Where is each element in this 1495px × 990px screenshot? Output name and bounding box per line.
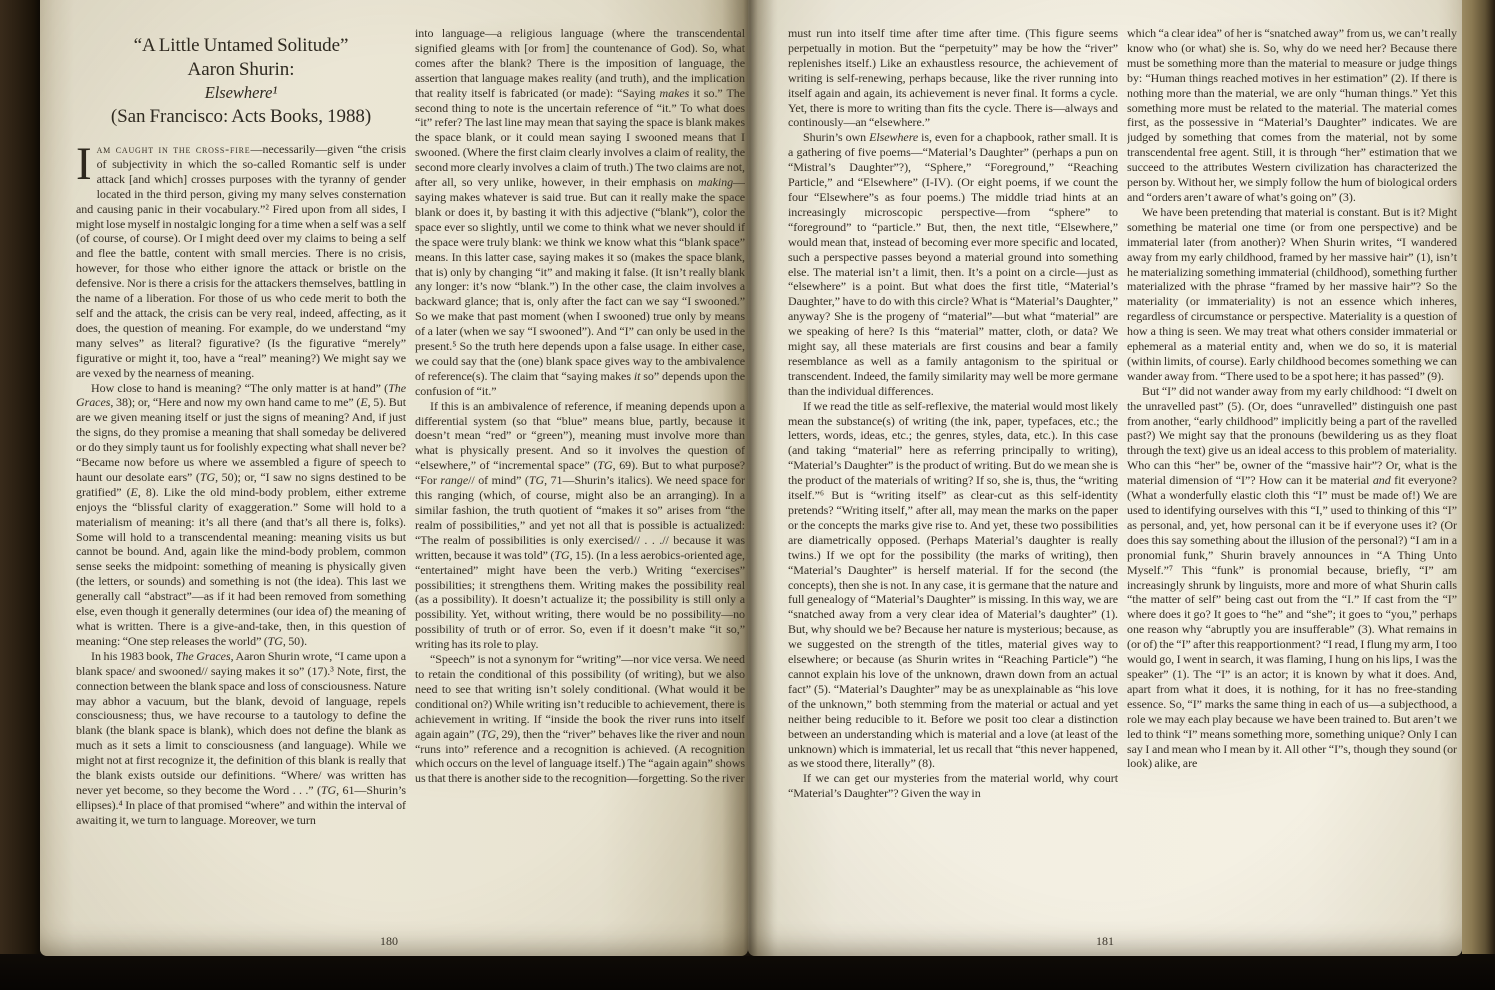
- paragraph: Shurin’s own Elsewhere is, even for a ch…: [788, 130, 1118, 398]
- paragraph: But “I” did not wander away from my earl…: [1127, 384, 1457, 772]
- left-page: “A Little Untamed Solitude” Aaron Shurin…: [40, 0, 748, 956]
- essay-work-title: Elsewhere¹: [76, 82, 406, 104]
- essay-author: Aaron Shurin:: [76, 58, 406, 82]
- paragraph-dropcap: Iam caught in the cross-fire—necessarily…: [76, 142, 406, 381]
- essay-publisher: (San Francisco: Acts Books, 1988): [76, 104, 406, 129]
- left-page-column-2: into language—a religious language (wher…: [415, 26, 745, 938]
- book-cover-edge-left: [0, 0, 40, 990]
- paragraph-group: must run into itself time after time aft…: [788, 26, 1118, 801]
- opening-text: —necessarily—given “the crisis of subjec…: [76, 142, 406, 380]
- paragraph-group: How close to hand is meaning? “The only …: [76, 381, 406, 828]
- left-page-text-area: “A Little Untamed Solitude” Aaron Shurin…: [76, 26, 745, 938]
- drop-cap: I: [76, 142, 97, 187]
- paragraph: If we read the title as self-reflexive, …: [788, 399, 1118, 772]
- paragraph: must run into itself time after time aft…: [788, 26, 1118, 130]
- paragraph-group: which “a clear idea” of her is “snatched…: [1127, 26, 1457, 771]
- paragraph: “Speech” is not a synonym for “writing”—…: [415, 652, 745, 786]
- book-edge-bottom: [0, 954, 1495, 990]
- right-page-column-2: which “a clear idea” of her is “snatched…: [1127, 26, 1457, 938]
- paragraph: We have been pretending that material is…: [1127, 205, 1457, 384]
- right-page-text-area: must run into itself time after time aft…: [788, 26, 1457, 938]
- paragraph: How close to hand is meaning? “The only …: [76, 381, 406, 649]
- paragraph: into language—a religious language (wher…: [415, 26, 745, 399]
- paragraph: If this is an ambivalence of reference, …: [415, 399, 745, 652]
- left-page-column-1: “A Little Untamed Solitude” Aaron Shurin…: [76, 26, 406, 938]
- page-number-right: 181: [748, 934, 1462, 949]
- page-fore-edge-right: [1462, 0, 1495, 990]
- right-page-column-1: must run into itself time after time aft…: [788, 26, 1118, 938]
- right-page: must run into itself time after time aft…: [748, 0, 1462, 956]
- paragraph: In his 1983 book, The Graces, Aaron Shur…: [76, 649, 406, 828]
- paragraph-group: into language—a religious language (wher…: [415, 26, 745, 786]
- paragraph: which “a clear idea” of her is “snatched…: [1127, 26, 1457, 205]
- essay-title: “A Little Untamed Solitude”: [76, 34, 406, 58]
- page-number-left: 180: [40, 934, 748, 949]
- book-spread: “A Little Untamed Solitude” Aaron Shurin…: [0, 0, 1495, 990]
- opening-small-caps: am caught in the cross-fire: [97, 142, 251, 156]
- paragraph: If we can get our mysteries from the mat…: [788, 771, 1118, 801]
- essay-heading: “A Little Untamed Solitude” Aaron Shurin…: [76, 34, 406, 129]
